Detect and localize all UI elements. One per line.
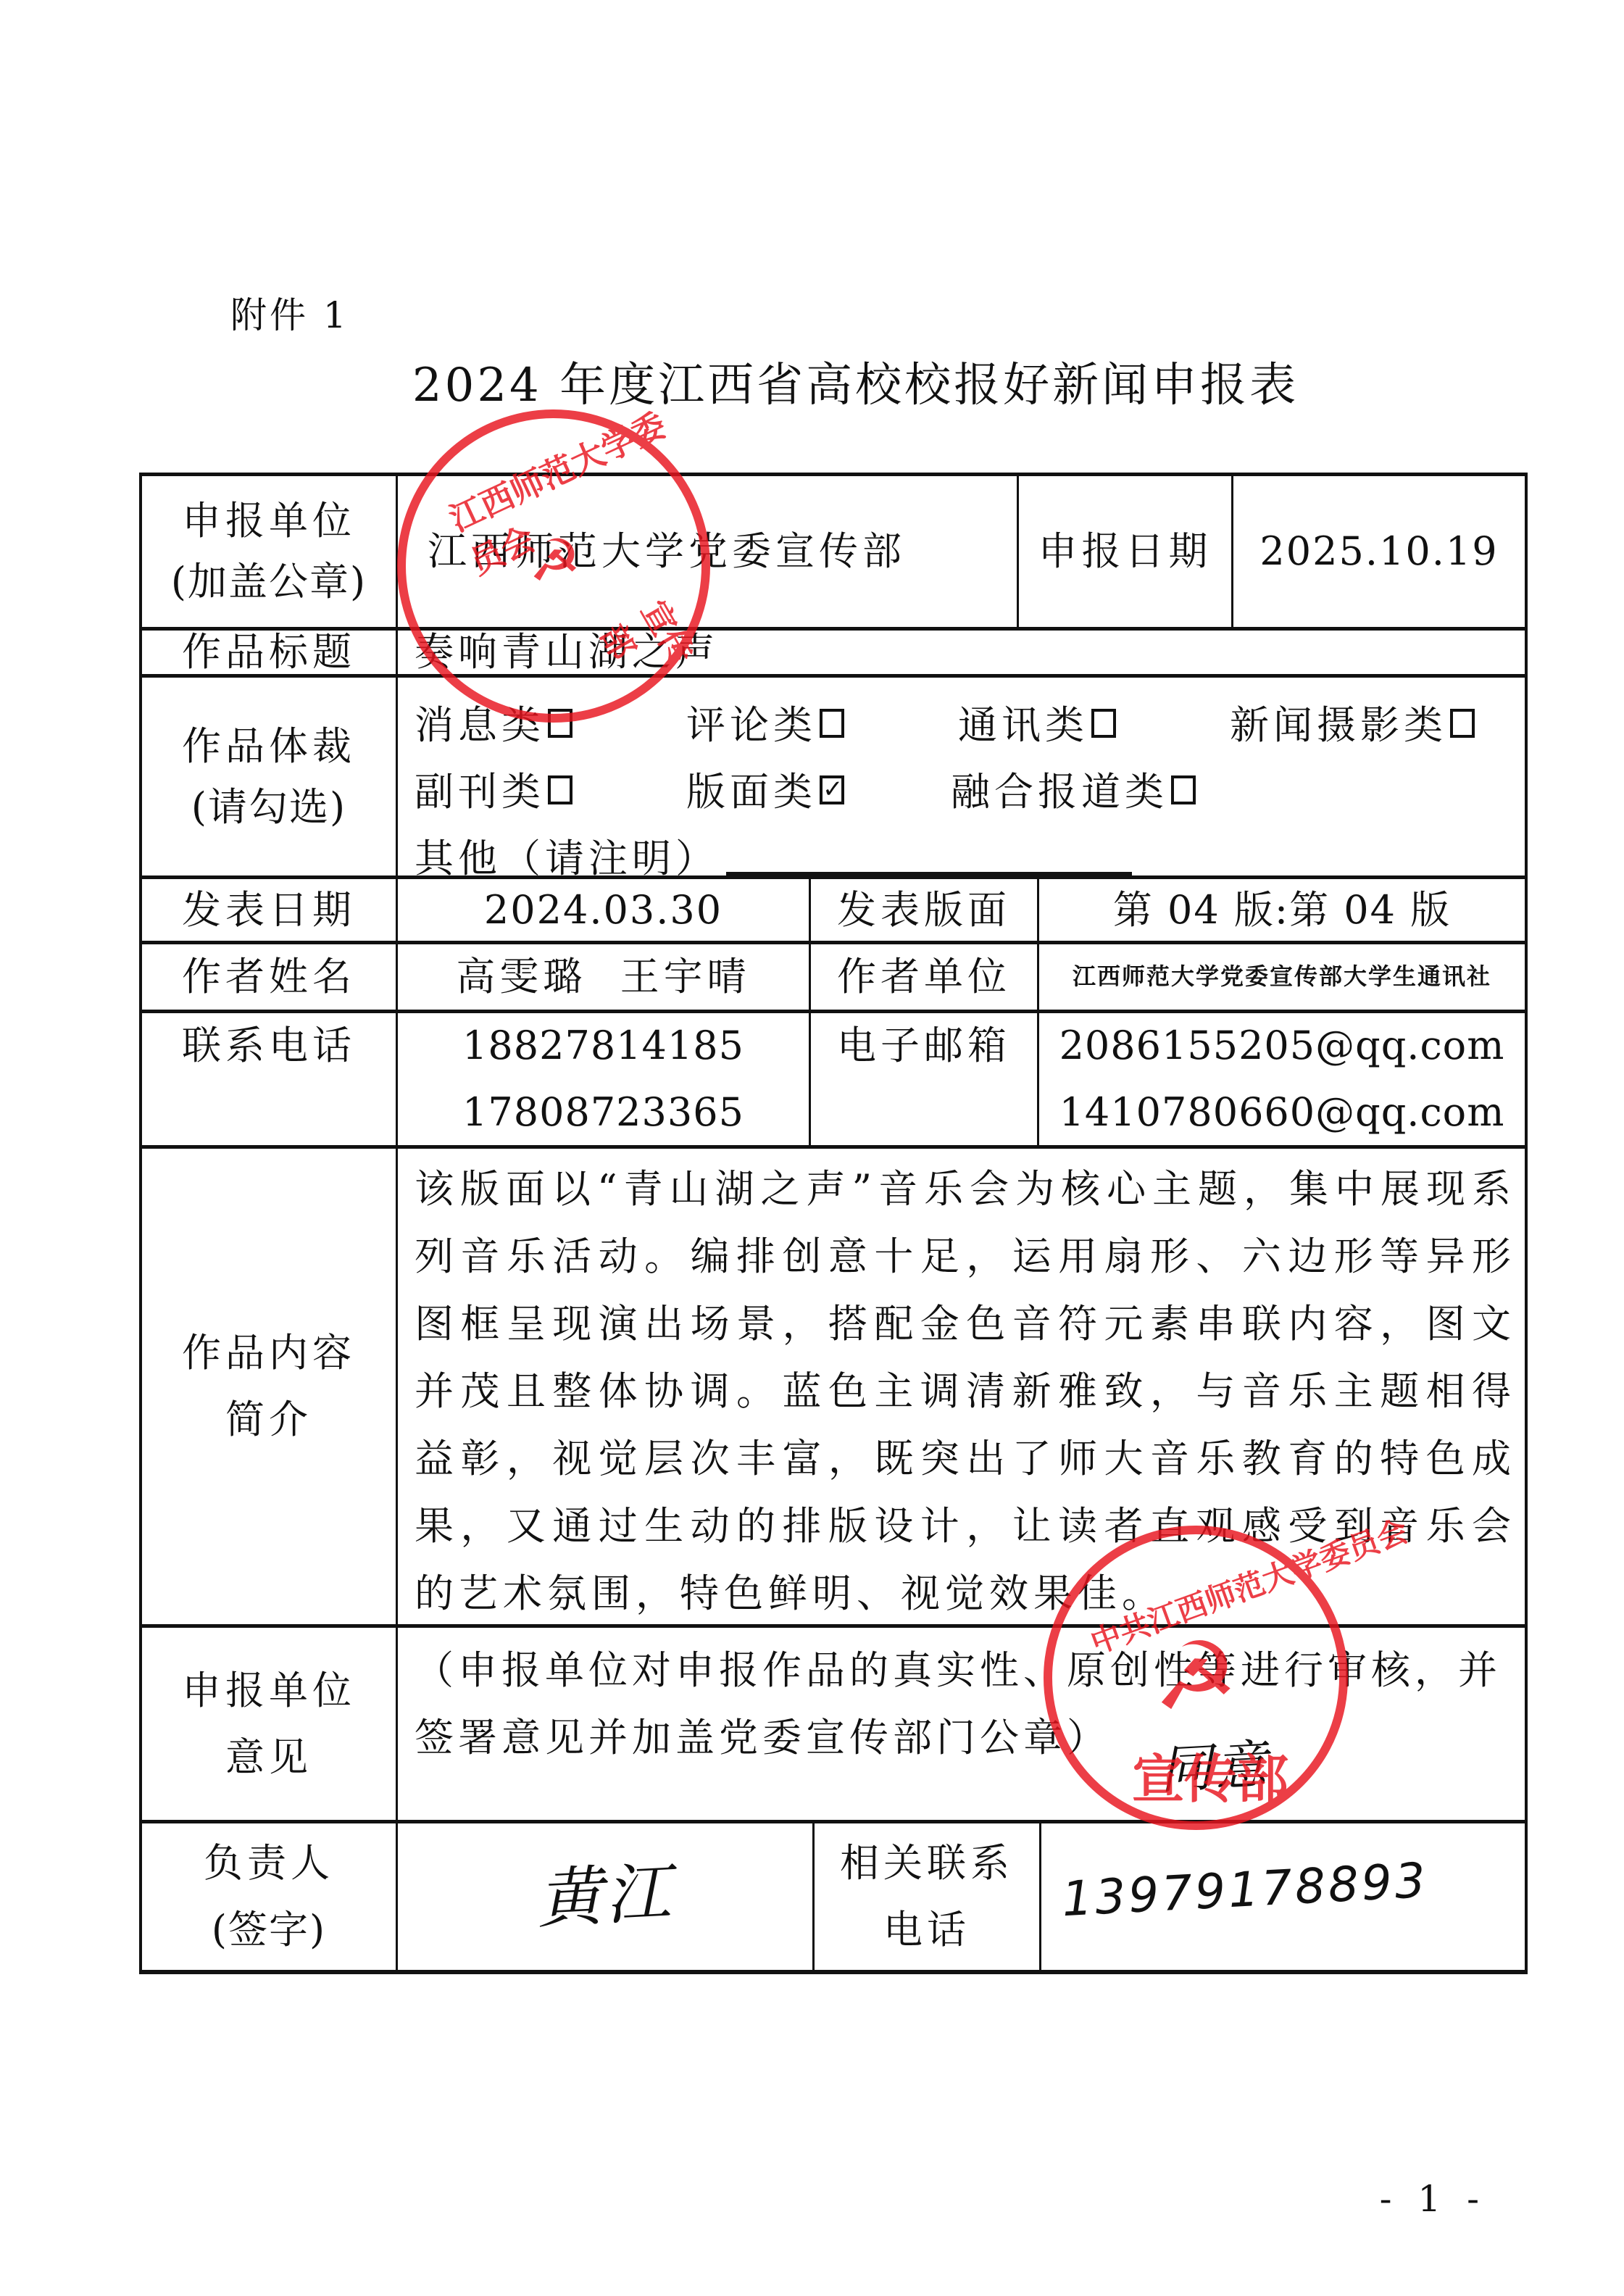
genre-option[interactable]: 融合报道类 (951, 761, 1196, 817)
stamp-bottom-dept: 宣传部 (1132, 1737, 1288, 1813)
email-label: 电子邮箱 (811, 1013, 1037, 1078)
unit-label-line1: 申报单位 (182, 491, 356, 552)
genre-label-line1: 作品体裁 (182, 716, 356, 777)
checkbox-icon[interactable] (1450, 709, 1475, 738)
head-label: 负责人 (签字) (142, 1823, 396, 1970)
genre-option[interactable]: 副刊类 (415, 761, 686, 817)
email-2: 1410780660@qq.com (1059, 1079, 1505, 1146)
party-emblem-icon: ☭ (529, 527, 581, 594)
opinion-label-line2: 意见 (225, 1724, 312, 1791)
page-number: - 1 - (1380, 2178, 1486, 2220)
work-title-label: 作品标题 (142, 631, 396, 674)
genre-option[interactable]: 评论类 (686, 694, 958, 750)
genre-other-field[interactable] (726, 836, 1132, 875)
phone-values: 18827814185 17808723365 (398, 1013, 809, 1145)
page-title: 2024 年度江西省高校校报好新闻申报表 (0, 348, 1624, 415)
author-unit-value: 江西师范大学党委宣传部大学生通讯社 (1039, 944, 1525, 1010)
date-value: 2025.10.19 (1233, 476, 1525, 627)
phone-label: 联系电话 (142, 1013, 396, 1078)
author-unit-label: 作者单位 (811, 944, 1037, 1010)
genre-other-label: 其他（请注明） (415, 828, 719, 883)
pub-page-label: 发表版面 (811, 879, 1037, 941)
genre-label-line2: (请勾选) (191, 777, 346, 838)
official-stamp-top: 江西师范大学委员会 ☭ 宣传部 (397, 409, 710, 723)
attachment-label: 附件 1 (230, 286, 349, 338)
contact-label-line2: 电话 (883, 1897, 970, 1963)
author-label: 作者姓名 (142, 944, 396, 1010)
unit-label: 申报单位 (加盖公章) (142, 476, 396, 627)
contact-value: 13979178893 (1059, 1829, 1513, 1947)
phone-2: 17808723365 (462, 1079, 744, 1146)
contact-label: 相关联系 电话 (815, 1823, 1039, 1970)
genre-label: 作品体裁 (请勾选) (142, 678, 396, 875)
email-1: 2086155205@qq.com (1059, 1012, 1505, 1079)
contact-label-line1: 相关联系 (840, 1830, 1014, 1897)
date-label: 申报日期 (1019, 476, 1231, 627)
checkbox-icon[interactable] (1091, 709, 1116, 738)
phone-1: 18827814185 (462, 1012, 744, 1079)
checkbox-icon[interactable] (820, 709, 844, 738)
genre-option[interactable]: 通讯类 (958, 694, 1230, 750)
head-signature: 黄江 (394, 1813, 816, 1981)
unit-label-line2: (加盖公章) (171, 552, 367, 612)
summary-label: 作品内容 简介 (142, 1149, 396, 1624)
summary-label-line2: 简介 (225, 1386, 312, 1453)
head-label-line2: (签字) (212, 1897, 326, 1963)
opinion-label: 申报单位 意见 (142, 1628, 396, 1820)
head-label-line1: 负责人 (204, 1830, 334, 1897)
genre-option[interactable]: 新闻摄影类 (1230, 694, 1475, 750)
genre-option-checked[interactable]: 版面类✓ (686, 761, 951, 817)
opinion-label-line1: 申报单位 (182, 1657, 356, 1724)
checkbox-checked-icon[interactable]: ✓ (820, 775, 844, 804)
party-emblem-icon: ☭ (1154, 1621, 1238, 1731)
pub-page-value: 第 04 版:第 04 版 (1039, 879, 1525, 941)
pub-date-value: 2024.03.30 (398, 879, 809, 941)
pub-date-label: 发表日期 (142, 879, 396, 941)
email-values: 2086155205@qq.com 1410780660@qq.com (1039, 1013, 1525, 1145)
author-value: 高雯璐 王宇晴 (398, 944, 809, 1010)
opinion-text: （申报单位对申报作品的真实性、原创性等进行审核，并签署意见并加盖党委宣传部门公章… (415, 1636, 1516, 1771)
summary-label-line1: 作品内容 (182, 1320, 356, 1386)
checkbox-icon[interactable] (548, 775, 572, 804)
checkbox-icon[interactable] (1171, 775, 1196, 804)
official-stamp-bottom: 中共江西师范大学委员会 ☭ 宣传部 (1044, 1526, 1348, 1830)
